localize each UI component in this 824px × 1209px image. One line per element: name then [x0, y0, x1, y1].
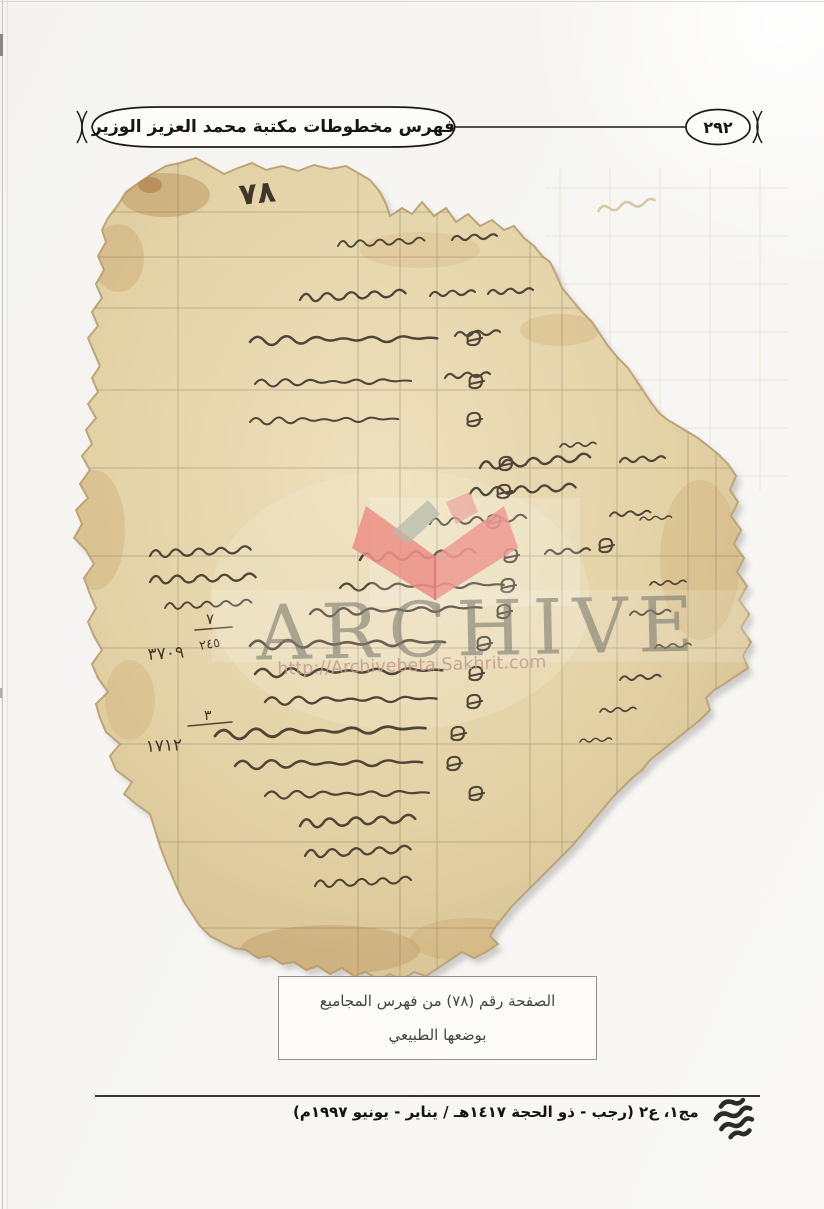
marginal-number-1712: ١٧١٢: [145, 735, 183, 757]
scan-edge-line-faint: [7, 0, 8, 1209]
scan-artifact-speck: [0, 688, 2, 698]
caption-box: الصفحة رقم (٧٨) من فهرس المجاميع بوضعها …: [278, 976, 597, 1060]
watermark-book-icon: [352, 492, 518, 600]
header-page-number: ٢٩٢: [686, 111, 750, 144]
handwriting: [150, 234, 691, 887]
background-ghost-grid: [545, 168, 788, 490]
paper-fragment: [74, 158, 751, 980]
paper-shadow: [79, 164, 756, 986]
journal-logo-stamp: [712, 1097, 756, 1140]
marginal-number-7: ٧: [206, 610, 214, 628]
marginal-number-245: ٢٤٥: [198, 636, 221, 654]
manuscript-numerals: ٧٨ ٧ ٣٧٠٩ ٢٤٥ ٣ ١٧١٢: [145, 174, 277, 757]
footer-issue-info: مج١، ع٢ (رجب - ذو الحجة ١٤١٧هـ / يناير -…: [293, 1103, 713, 1121]
scan-edge-top: [0, 1, 824, 2]
caption-line2: بوضعها الطبيعي: [279, 1026, 596, 1044]
marginal-number-3709: ٣٧٠٩: [147, 642, 185, 664]
table-grid: [90, 160, 750, 980]
leaf-number: ٧٨: [237, 174, 277, 213]
torn-manuscript-photo: ٧٨ ٧ ٣٧٠٩ ٢٤٥ ٣ ١٧١٢ ARCHIVE ht: [65, 158, 788, 986]
background-ghost-writing: [597, 198, 656, 212]
watermark-brand-text: ARCHIVE: [254, 579, 704, 677]
caption-line1: الصفحة رقم (٧٨) من فهرس المجاميع: [279, 992, 596, 1010]
paper-stains: [65, 173, 740, 975]
watermark-url-text: http://Archivebeta.Sakhrit.com: [277, 652, 546, 679]
scanned-journal-page: ٧٨ ٧ ٣٧٠٩ ٢٤٥ ٣ ١٧١٢ ARCHIVE ht: [0, 0, 824, 1209]
archive-watermark: ARCHIVE http://Archivebeta.Sakhrit.com: [212, 492, 748, 680]
scan-edge-line: [2, 0, 3, 1209]
marginal-number-3: ٣: [204, 708, 212, 724]
header-tick-right: [753, 111, 762, 143]
header-title: فهرس مخطوطات مكتبة محمد العزيز الوزير: [92, 109, 455, 145]
footer-rule: [95, 1095, 760, 1097]
header-tick-left: [77, 111, 87, 143]
scan-artifact-speck: [0, 34, 3, 56]
